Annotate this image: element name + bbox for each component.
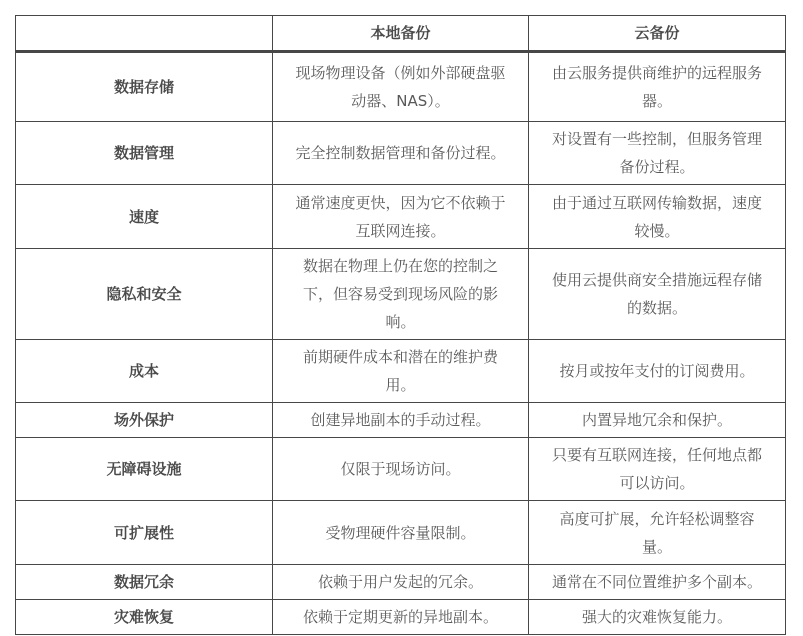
- cloud-backup-cell: 高度可扩展，允许轻松调整容量。: [529, 501, 786, 565]
- local-backup-cell: 现场物理设备（例如外部硬盘驱动器、NAS）。: [273, 52, 529, 122]
- cloud-backup-cell: 通常在不同位置维护多个副本。: [529, 565, 786, 600]
- row-label: 数据管理: [16, 122, 273, 185]
- cloud-backup-cell: 内置异地冗余和保护。: [529, 403, 786, 438]
- header-cloud-backup: 云备份: [529, 16, 786, 52]
- row-label: 成本: [16, 340, 273, 403]
- local-backup-cell: 仅限于现场访问。: [273, 438, 529, 501]
- local-backup-cell: 受物理硬件容量限制。: [273, 501, 529, 565]
- local-backup-cell: 依赖于定期更新的异地副本。: [273, 600, 529, 635]
- cloud-backup-cell: 使用云提供商安全措施远程存储的数据。: [529, 249, 786, 340]
- table-row-data-redundancy: 数据冗余 依赖于用户发起的冗余。 通常在不同位置维护多个副本。: [16, 565, 786, 600]
- row-label: 隐私和安全: [16, 249, 273, 340]
- local-backup-cell: 创建异地副本的手动过程。: [273, 403, 529, 438]
- header-empty-cell: [16, 16, 273, 52]
- table-row-data-management: 数据管理 完全控制数据管理和备份过程。 对设置有一些控制，但服务管理备份过程。: [16, 122, 786, 185]
- table-row-scalability: 可扩展性 受物理硬件容量限制。 高度可扩展，允许轻松调整容量。: [16, 501, 786, 565]
- comparison-table: 本地备份 云备份 数据存储 现场物理设备（例如外部硬盘驱动器、NAS）。 由云服…: [15, 15, 786, 635]
- table-row-disaster-recovery: 灾难恢复 依赖于定期更新的异地副本。 强大的灾难恢复能力。: [16, 600, 786, 635]
- row-label: 可扩展性: [16, 501, 273, 565]
- table-row-speed: 速度 通常速度更快，因为它不依赖于互联网连接。 由于通过互联网传输数据，速度较慢…: [16, 185, 786, 249]
- local-backup-cell: 通常速度更快，因为它不依赖于互联网连接。: [273, 185, 529, 249]
- row-label: 速度: [16, 185, 273, 249]
- cloud-backup-cell: 强大的灾难恢复能力。: [529, 600, 786, 635]
- cloud-backup-cell: 由云服务提供商维护的远程服务器。: [529, 52, 786, 122]
- cloud-backup-cell: 对设置有一些控制，但服务管理备份过程。: [529, 122, 786, 185]
- row-label: 数据冗余: [16, 565, 273, 600]
- local-backup-cell: 前期硬件成本和潜在的维护费用。: [273, 340, 529, 403]
- table-row-accessibility: 无障碍设施 仅限于现场访问。 只要有互联网连接，任何地点都可以访问。: [16, 438, 786, 501]
- cloud-backup-cell: 按月或按年支付的订阅费用。: [529, 340, 786, 403]
- row-label: 无障碍设施: [16, 438, 273, 501]
- local-backup-cell: 依赖于用户发起的冗余。: [273, 565, 529, 600]
- local-backup-cell: 完全控制数据管理和备份过程。: [273, 122, 529, 185]
- row-label: 数据存储: [16, 52, 273, 122]
- cloud-backup-cell: 只要有互联网连接，任何地点都可以访问。: [529, 438, 786, 501]
- table-row-offsite-protection: 场外保护 创建异地副本的手动过程。 内置异地冗余和保护。: [16, 403, 786, 438]
- row-label: 灾难恢复: [16, 600, 273, 635]
- table-row-data-storage: 数据存储 现场物理设备（例如外部硬盘驱动器、NAS）。 由云服务提供商维护的远程…: [16, 52, 786, 122]
- local-backup-cell: 数据在物理上仍在您的控制之下，但容易受到现场风险的影响。: [273, 249, 529, 340]
- header-row: 本地备份 云备份: [16, 16, 786, 52]
- cloud-backup-cell: 由于通过互联网传输数据，速度较慢。: [529, 185, 786, 249]
- header-local-backup: 本地备份: [273, 16, 529, 52]
- table-row-cost: 成本 前期硬件成本和潜在的维护费用。 按月或按年支付的订阅费用。: [16, 340, 786, 403]
- table-row-privacy-security: 隐私和安全 数据在物理上仍在您的控制之下，但容易受到现场风险的影响。 使用云提供…: [16, 249, 786, 340]
- row-label: 场外保护: [16, 403, 273, 438]
- document-page: 本地备份 云备份 数据存储 现场物理设备（例如外部硬盘驱动器、NAS）。 由云服…: [0, 0, 803, 636]
